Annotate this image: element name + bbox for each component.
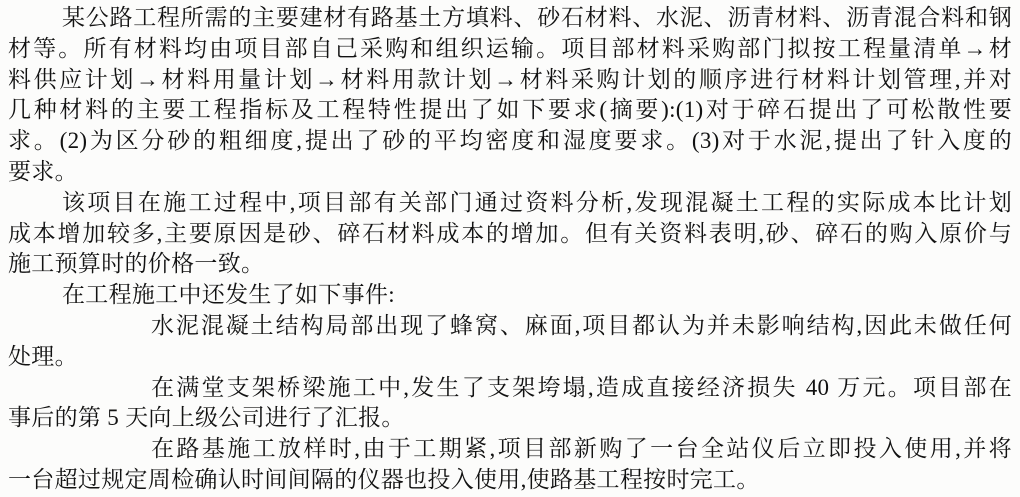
- text-line-15: 在路基施工放样时,由于工期紧,项目部新购了一台全站仪后立即投入使用,并将: [8, 434, 1012, 465]
- text-line-8: 成本增加较多,主要原因是砂、碎石材料成本的增加。但有关资料表明,砂、碎石的购入原…: [8, 219, 1012, 250]
- text-line-14: 事后的第 5 天向上级公司进行了汇报。: [8, 403, 1012, 434]
- text-line-3: 料供应计划→材料用量计划→材料用款计划→材料采购计划的顺序进行材料计划管理,并对: [8, 65, 1012, 96]
- text-line-10: 在工程施工中还发生了如下事件:: [8, 280, 1012, 311]
- text-line-13: 在满堂支架桥梁施工中,发生了支架垮塌,造成直接经济损失 40 万元。项目部在: [8, 373, 1012, 404]
- text-line-5: 求。(2)为区分砂的粗细度,提出了砂的平均密度和湿度要求。(3)对于水泥,提出了…: [8, 126, 1012, 157]
- text-line-6: 要求。: [8, 157, 1012, 188]
- text-line-11: 水泥混凝土结构局部出现了蜂窝、麻面,项目都认为并未影响结构,因此未做任何: [8, 311, 1012, 342]
- text-line-7: 该项目在施工过程中,项目部有关部门通过资料分析,发现混凝土工程的实际成本比计划: [8, 188, 1012, 219]
- text-line-2: 材等。所有材料均由项目部自己采购和组织运输。项目部材料采购部门拟按工程量清单→材: [8, 34, 1012, 65]
- text-line-1: 某公路工程所需的主要建材有路基土方填料、砂石材料、水泥、沥青材料、沥青混合料和钢: [8, 3, 1012, 34]
- text-line-4: 几种材料的主要工程指标及工程特性提出了如下要求(摘要):(1)对于碎石提出了可松…: [8, 95, 1012, 126]
- document-page: 某公路工程所需的主要建材有路基土方填料、砂石材料、水泥、沥青材料、沥青混合料和钢…: [0, 0, 1020, 497]
- text-line-9: 施工预算时的价格一致。: [8, 249, 1012, 280]
- text-line-12: 处理。: [8, 342, 1012, 373]
- text-line-16: 一台超过规定周检确认时间间隔的仪器也投入使用,使路基工程按时完工。: [8, 465, 1012, 496]
